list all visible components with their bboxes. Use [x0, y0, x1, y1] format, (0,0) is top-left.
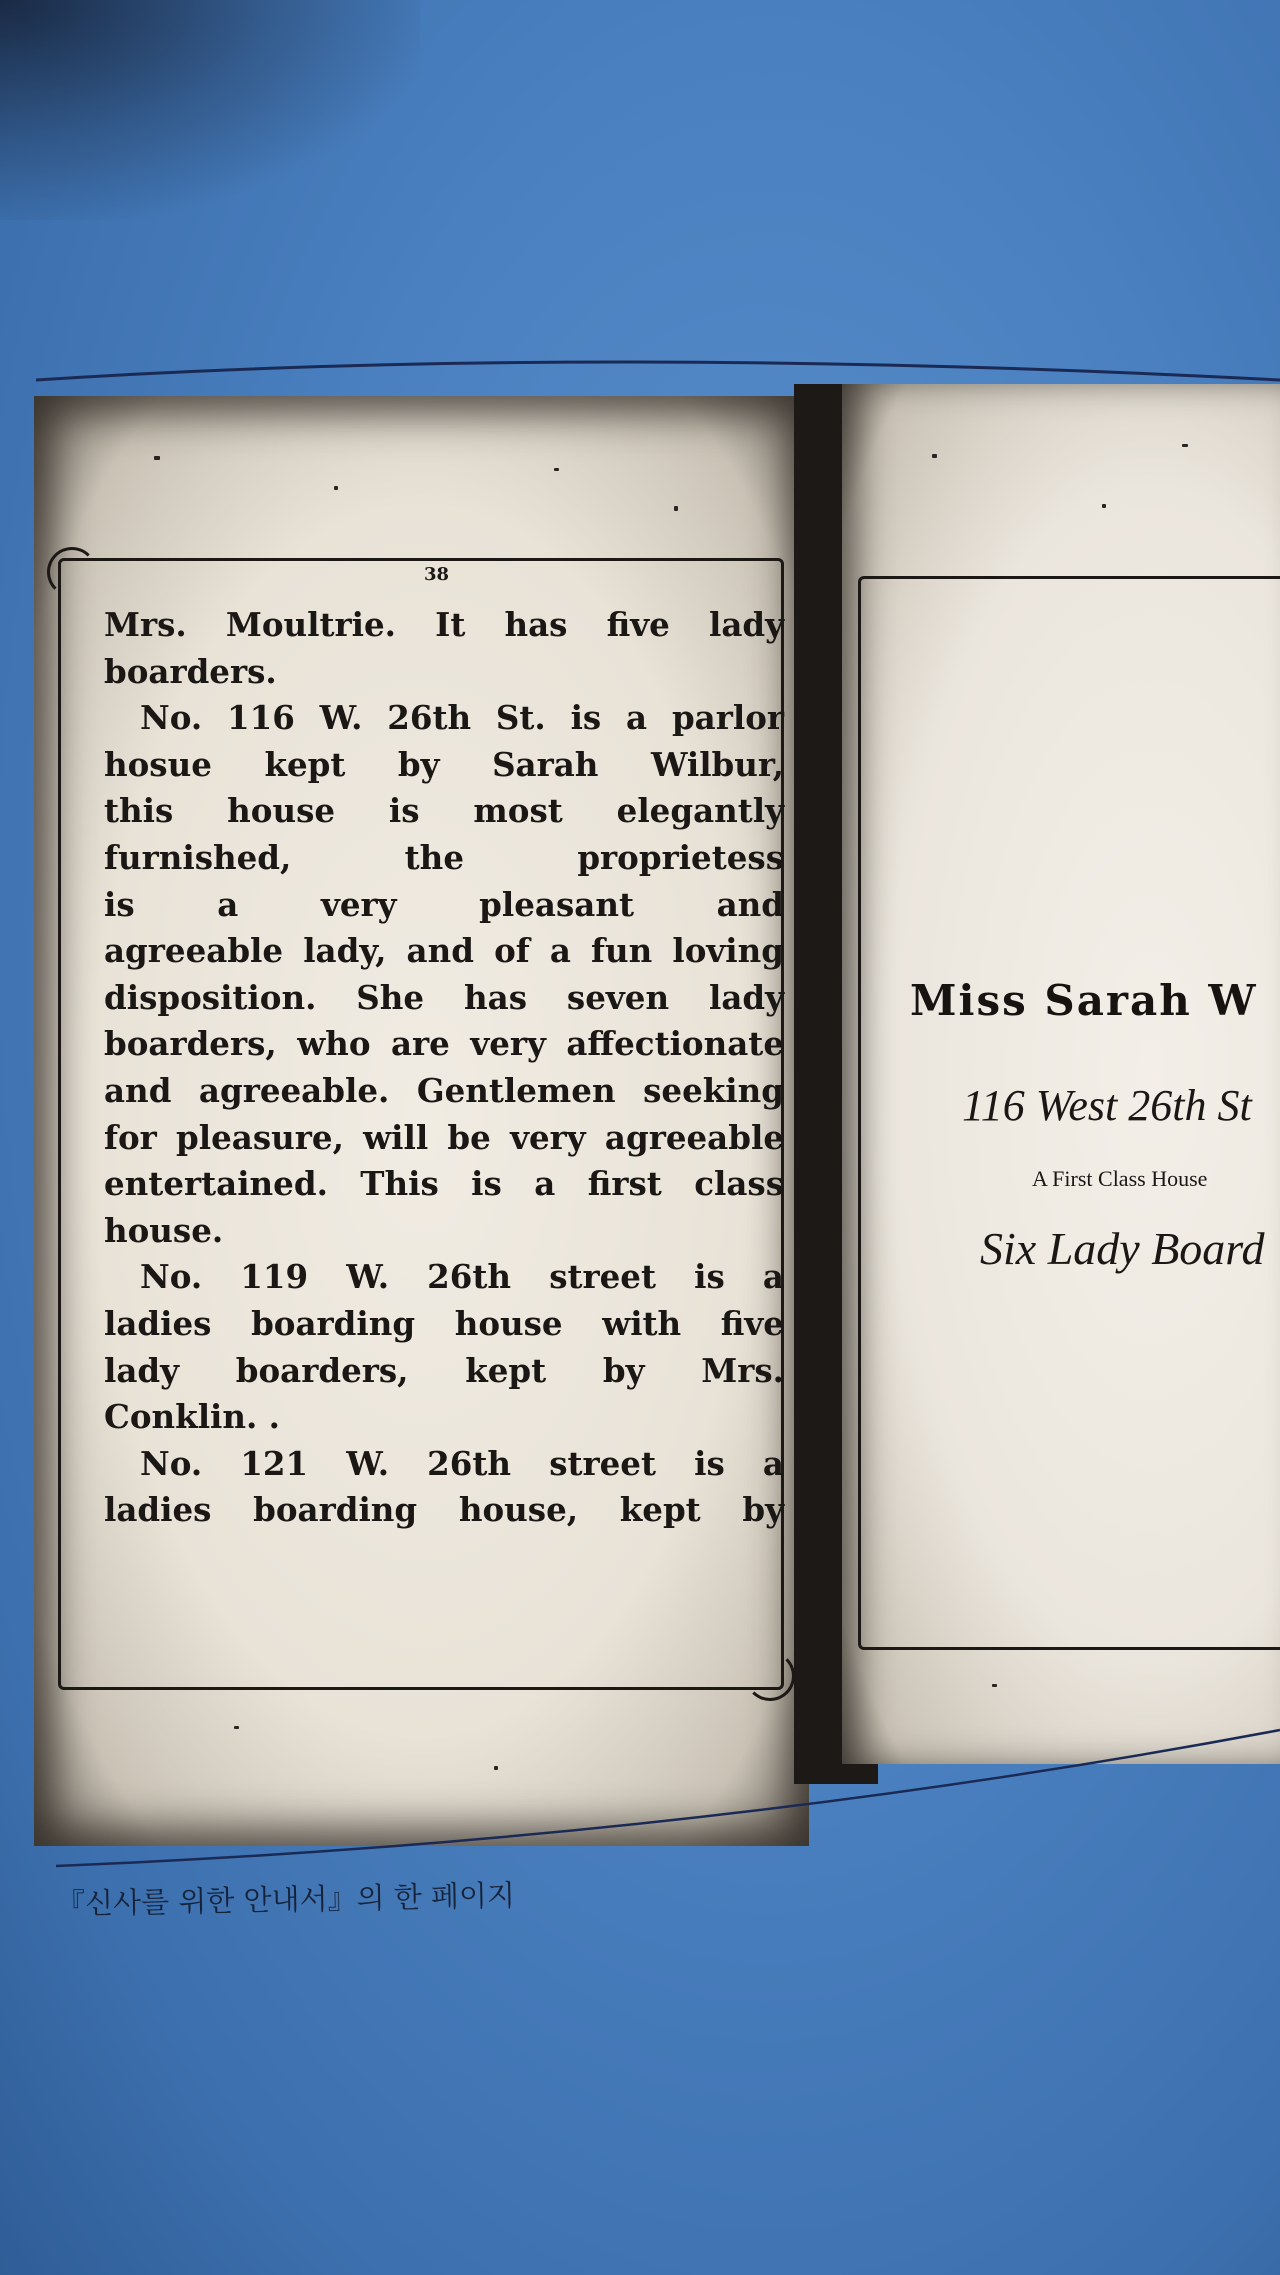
text-line: house. — [104, 1208, 784, 1255]
text-line: furnished, the proprietess — [104, 835, 784, 882]
text-line: No. 119 W. 26th street is a — [104, 1254, 784, 1301]
page-text: Mrs. Moultrie. It has five ladyboarders.… — [104, 602, 784, 1534]
bottom-rule-line — [56, 1720, 1280, 1880]
text-line: boarders, who are very affectionate — [104, 1021, 784, 1068]
text-line: No. 121 W. 26th street is a — [104, 1441, 784, 1488]
text-line: No. 116 W. 26th St. is a parlor — [104, 695, 784, 742]
text-line: Mrs. Moultrie. It has five lady — [104, 602, 784, 649]
figure-caption: 『신사를 위한 안내서』의 한 페이지 — [56, 1873, 516, 1923]
text-line: is a very pleasant and — [104, 882, 784, 929]
left-page: 38 Mrs. Moultrie. It has five ladyboarde… — [34, 396, 809, 1846]
text-line: ladies boarding house, kept by — [104, 1487, 784, 1534]
card-class-line: A First Class House — [1032, 1166, 1207, 1192]
text-line: disposition. She has seven lady — [104, 975, 784, 1022]
page-number: 38 — [424, 564, 449, 585]
right-page — [842, 384, 1280, 1764]
corner-shadow — [0, 0, 420, 220]
text-line: for pleasure, will be very agreeable — [104, 1115, 784, 1162]
text-line: hosue kept by Sarah Wilbur, — [104, 742, 784, 789]
text-line: lady boarders, kept by Mrs. — [104, 1348, 784, 1395]
card-boarders-line: Six Lady Board — [980, 1222, 1265, 1275]
text-line: boarders. — [104, 649, 784, 696]
text-line: agreeable lady, and of a fun loving — [104, 928, 784, 975]
text-line: this house is most elegantly — [104, 788, 784, 835]
card-address: 116 West 26th St — [962, 1080, 1252, 1131]
text-line: and agreeable. Gentlemen seeking — [104, 1068, 784, 1115]
text-line: ladies boarding house with five — [104, 1301, 784, 1348]
card-name: Miss Sarah W — [910, 976, 1258, 1025]
text-line: entertained. This is a first class — [104, 1161, 784, 1208]
text-line: Conklin. . — [104, 1394, 784, 1441]
